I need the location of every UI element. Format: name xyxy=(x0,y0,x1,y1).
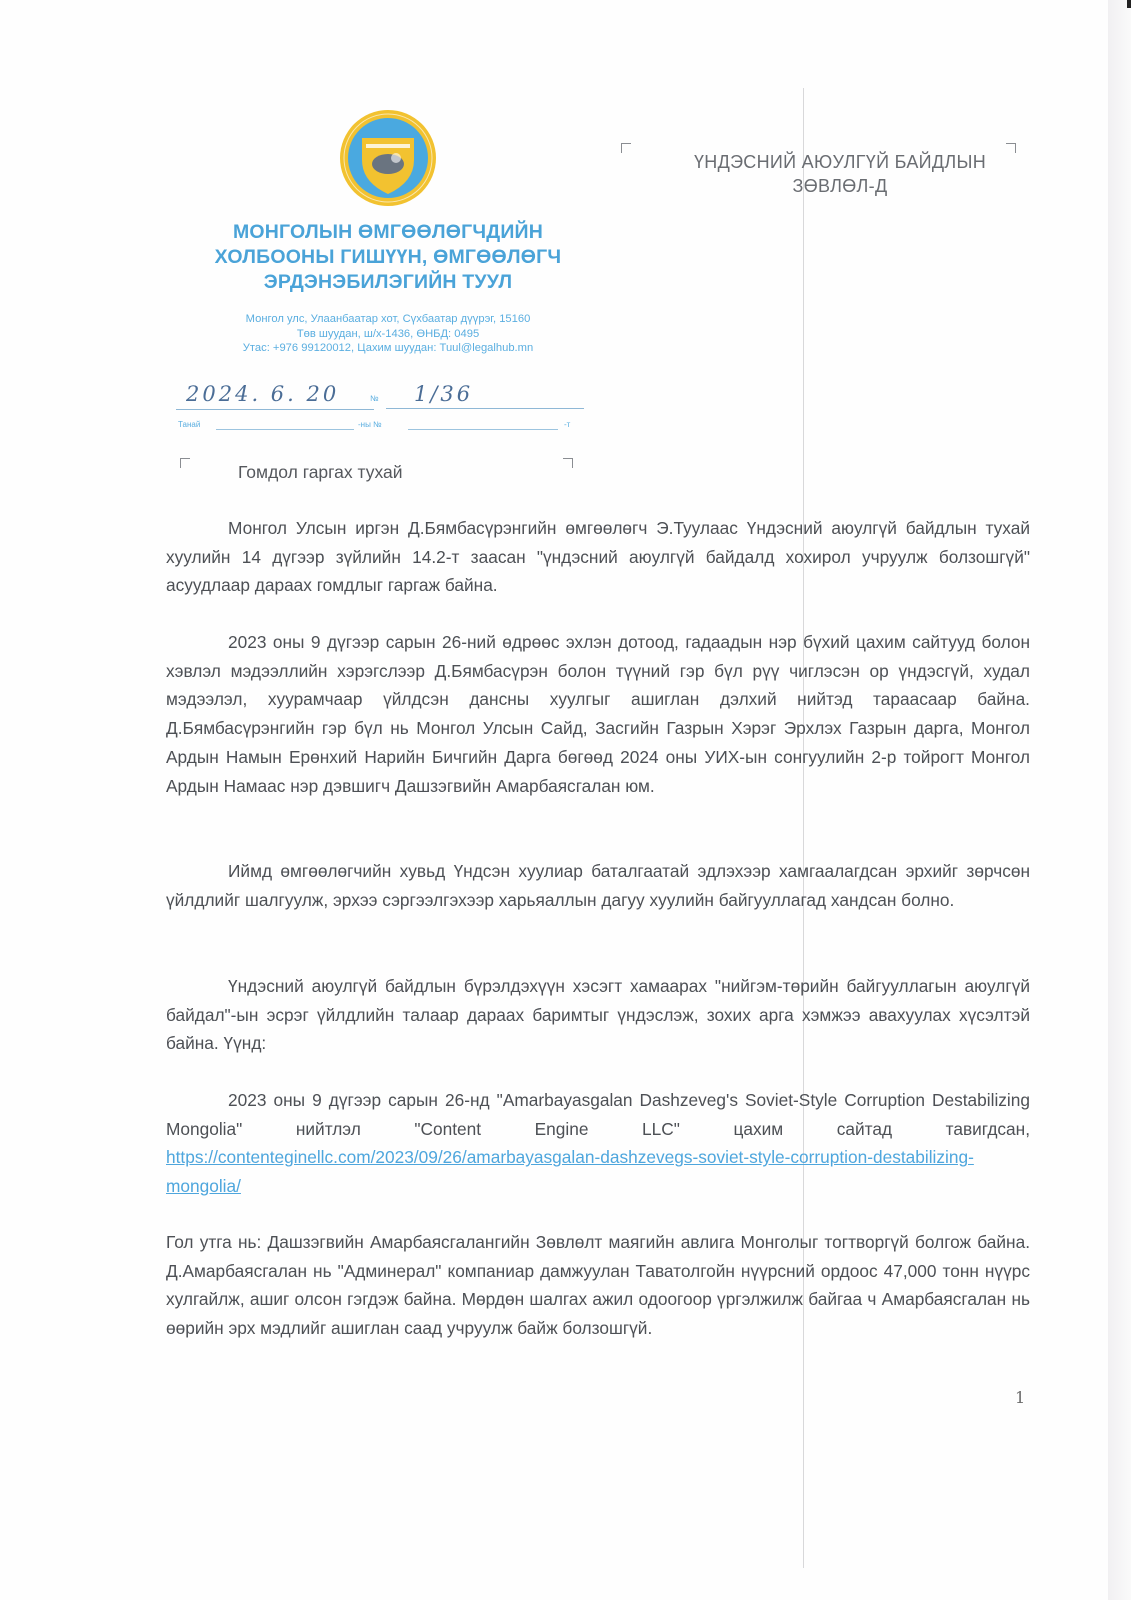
scan-edge-mark xyxy=(1127,0,1131,8)
reply-label-left: Танай xyxy=(178,420,200,429)
body-paragraph-6: Гол утга нь: Дашзэгвийн Амарбаясгалангий… xyxy=(166,1228,1030,1343)
reply-date-line xyxy=(216,429,354,430)
letterhead-address: Монгол улс, Улаанбаатар хот, Сүхбаатар д… xyxy=(170,312,606,356)
letterhead-org-name: МОНГОЛЫН ӨМГӨӨЛӨГЧДИЙН ХОЛБООНЫ ГИШҮҮН, … xyxy=(170,220,606,295)
body-paragraph-5: 2023 оны 9 дүгээр сарын 26-нд "Amarbayas… xyxy=(166,1086,1030,1201)
scan-fold-line xyxy=(803,88,804,1568)
body-paragraph-4: Үндэсний аюулгүй байдлын бүрэлдэхүүн хэс… xyxy=(166,972,1030,1058)
paragraph-text: Үндэсний аюулгүй байдлын бүрэлдэхүүн хэс… xyxy=(166,976,1030,1053)
addressee-line: ҮНДЭСНИЙ АЮУЛГҮЙ БАЙДЛЫН xyxy=(640,150,1040,174)
bar-association-emblem-icon xyxy=(338,108,438,208)
reply-number-line xyxy=(408,429,558,430)
address-line: Утас: +976 99120012, Цахим шуудан: Tuul@… xyxy=(170,341,606,356)
addressee: ҮНДЭСНИЙ АЮУЛГҮЙ БАЙДЛЫН ЗӨВЛӨЛ-Д xyxy=(640,150,1040,198)
reply-label-mid: -ны № xyxy=(358,420,382,429)
paragraph-text: Монгол Улсын иргэн Д.Бямбасүрэнгийн өмгө… xyxy=(166,518,1030,595)
scan-page-edge xyxy=(1108,0,1131,1600)
subject-corner-right xyxy=(563,458,573,468)
page-number: 1 xyxy=(1015,1388,1025,1407)
letter-number: 1/36 xyxy=(386,382,584,409)
paragraph-text: Гол утга нь: Дашзэгвийн Амарбаясгалангий… xyxy=(166,1232,1030,1338)
reference-row: 2024. 6. 20 № 1/36 xyxy=(176,382,586,410)
org-name-line: ХОЛБООНЫ ГИШҮҮН, ӨМГӨӨЛӨГЧ xyxy=(170,245,606,270)
address-line: Төв шуудан, ш/х-1436, ӨНБД: 0495 xyxy=(170,327,606,342)
letter-subject: Гомдол гаргах тухай xyxy=(238,462,403,483)
paragraph-text: 2023 оны 9 дүгээр сарын 26-ний өдрөөс эх… xyxy=(166,632,1030,796)
subject-corner-left xyxy=(180,458,190,468)
number-label: № xyxy=(370,394,379,403)
body-paragraph-2: 2023 оны 9 дүгээр сарын 26-ний өдрөөс эх… xyxy=(166,628,1030,800)
address-line: Монгол улс, Улаанбаатар хот, Сүхбаатар д… xyxy=(170,312,606,327)
org-name-line: МОНГОЛЫН ӨМГӨӨЛӨГЧДИЙН xyxy=(170,220,606,245)
body-paragraph-1: Монгол Улсын иргэн Д.Бямбасүрэнгийн өмгө… xyxy=(166,514,1030,600)
document-page: МОНГОЛЫН ӨМГӨӨЛӨГЧДИЙН ХОЛБООНЫ ГИШҮҮН, … xyxy=(0,0,1108,1600)
reply-label-right: -т xyxy=(564,420,570,429)
reply-reference-row: Танай -ны № -т xyxy=(178,416,578,432)
paragraph-text: Иймд өмгөөлөгчийн хувьд Үндсэн хуулиар б… xyxy=(166,861,1030,910)
addressee-corner-left xyxy=(621,143,631,153)
body-paragraph-3: Иймд өмгөөлөгчийн хувьд Үндсэн хуулиар б… xyxy=(166,857,1030,914)
letter-date: 2024. 6. 20 xyxy=(176,382,374,410)
article-link[interactable]: https://contenteginellc.com/2023/09/26/a… xyxy=(166,1147,974,1196)
paragraph-text: 2023 оны 9 дүгээр сарын 26-нд "Amarbayas… xyxy=(166,1090,1030,1139)
addressee-line: ЗӨВЛӨЛ-Д xyxy=(640,174,1040,198)
org-name-line: ЭРДЭНЭБИЛЭГИЙН ТУУЛ xyxy=(170,270,606,295)
